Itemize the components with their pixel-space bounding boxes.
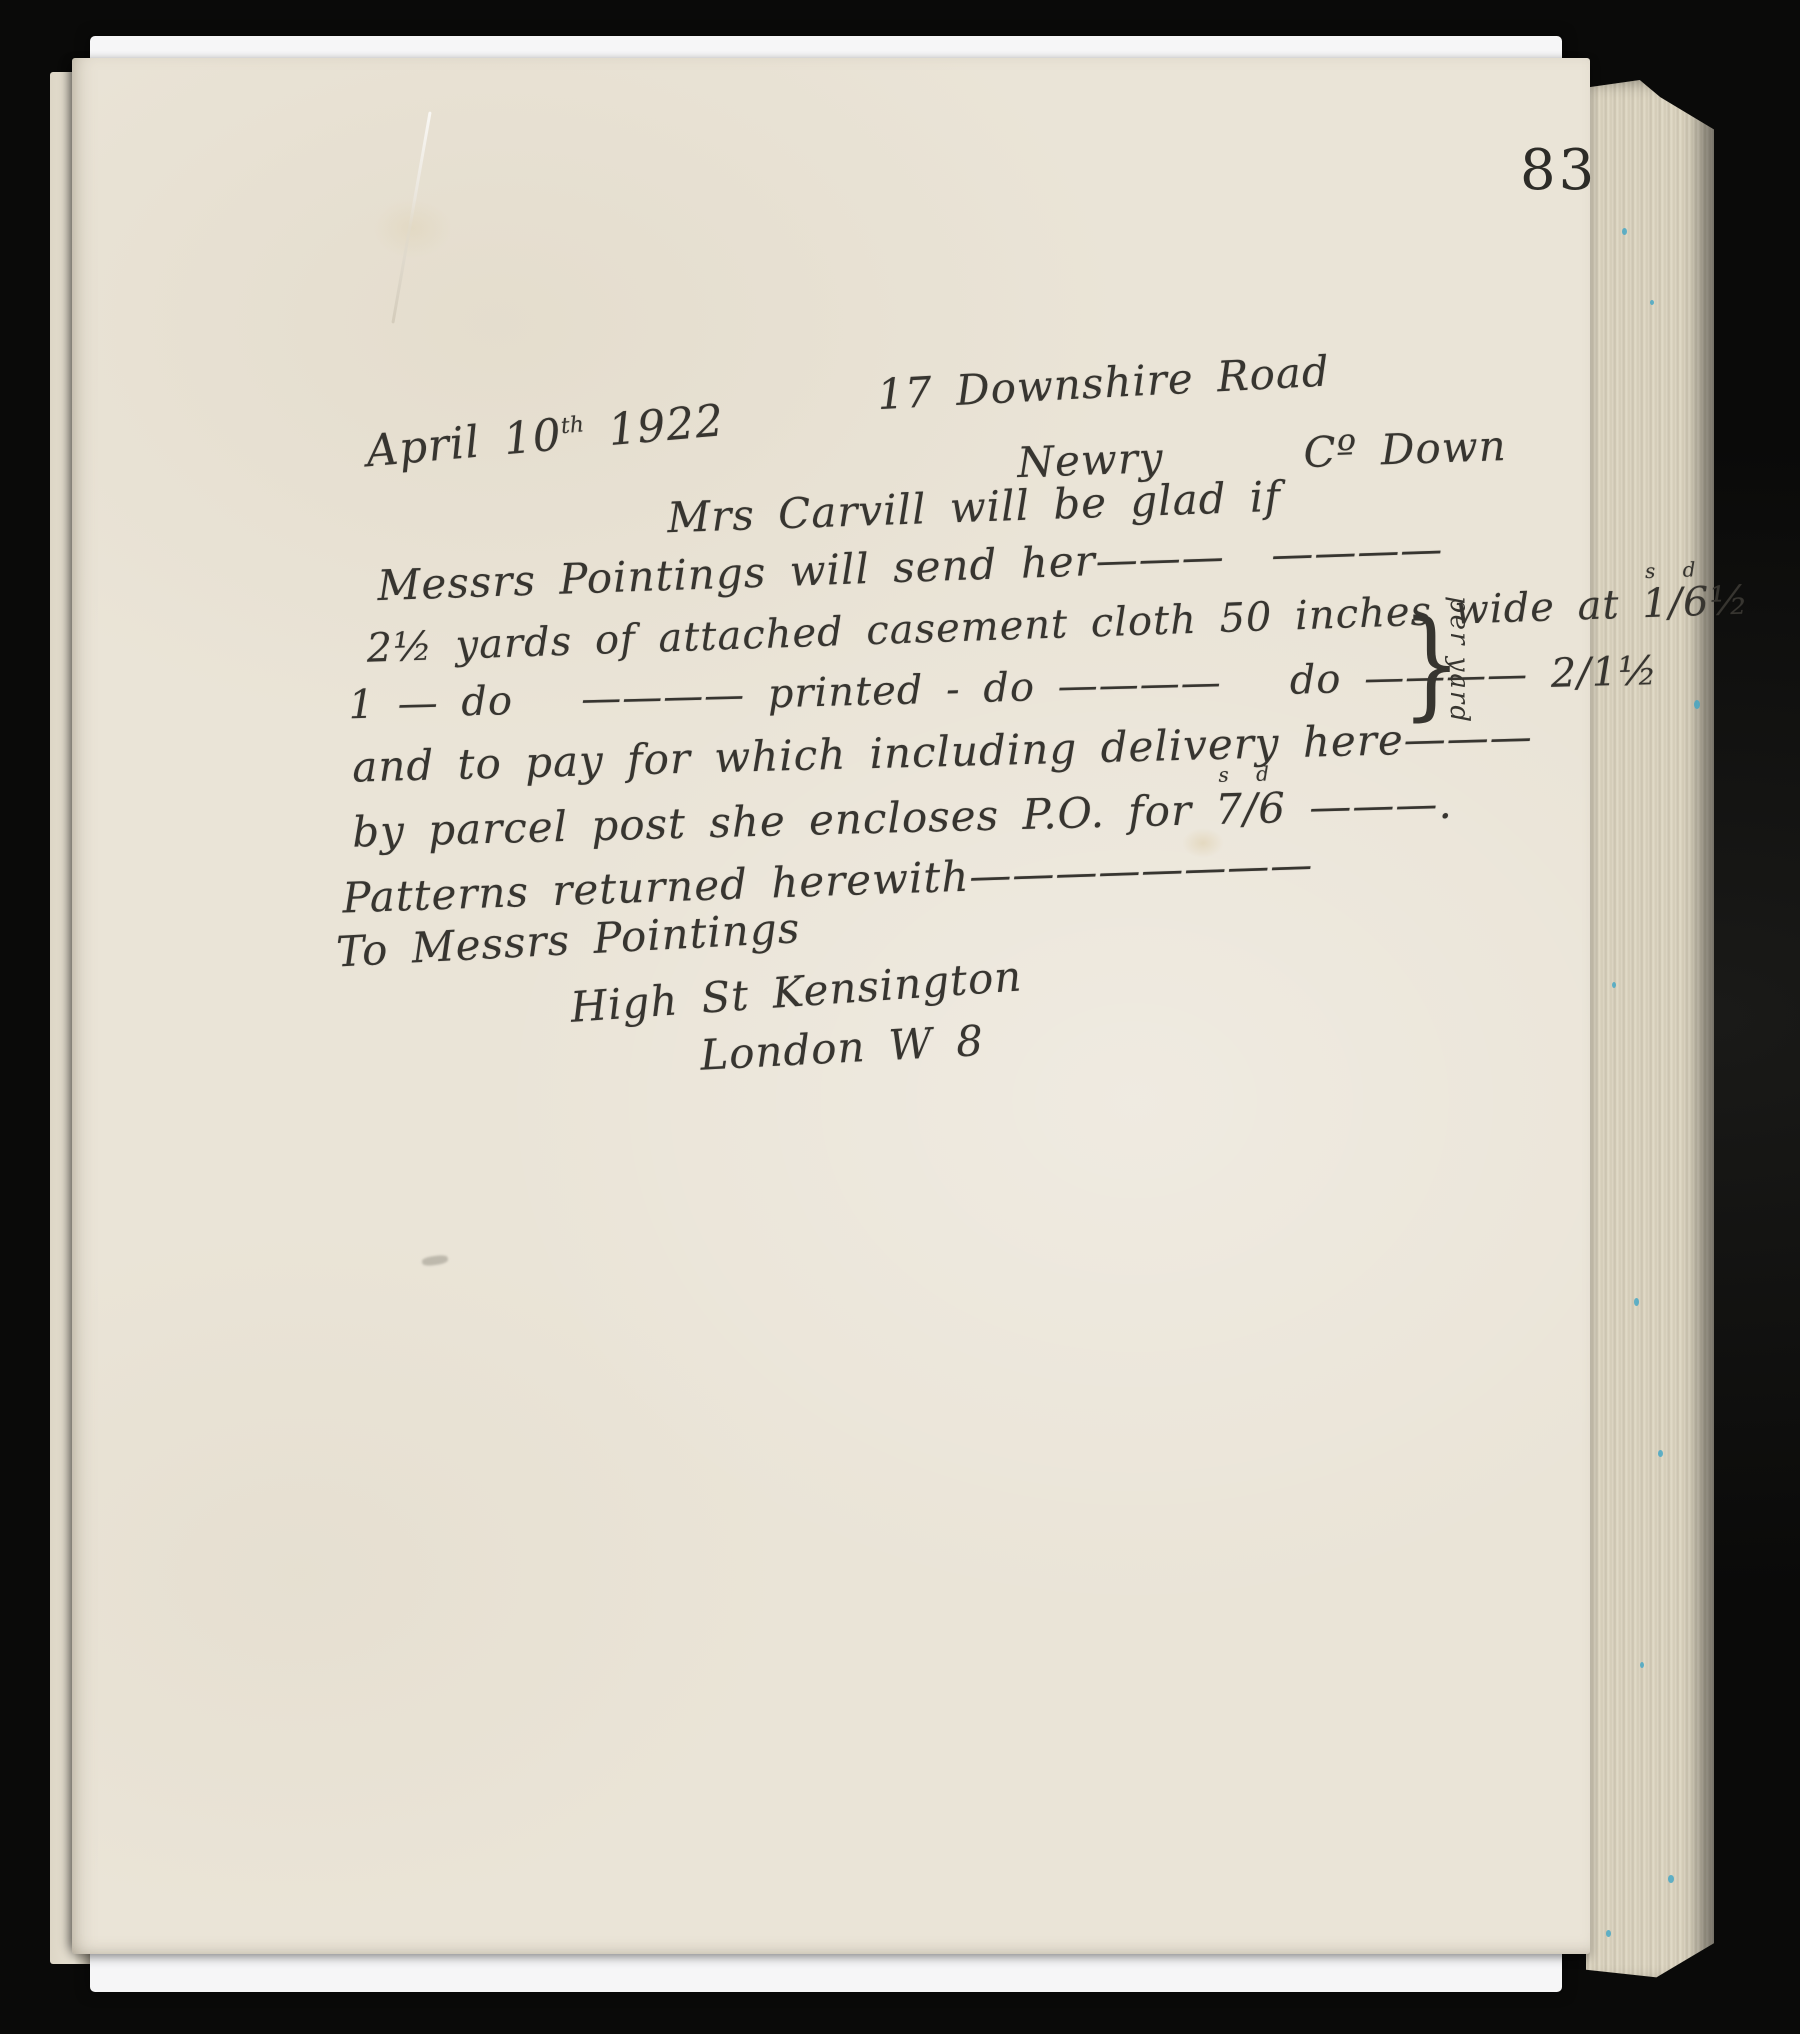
blue-speckle xyxy=(1606,1930,1611,1937)
item1-price: 1/6½ xyxy=(1641,577,1750,627)
date-superscript: th xyxy=(560,412,585,439)
blue-speckle xyxy=(1668,1875,1674,1883)
blue-speckle xyxy=(1658,1450,1663,1457)
blue-speckle xyxy=(1634,1298,1639,1306)
blue-speckle xyxy=(1650,300,1654,305)
recipient-address2-text: London W 8 xyxy=(699,1016,985,1080)
item1-price-group: s d1/6½ xyxy=(1641,577,1750,627)
book-scan-scene: 83 17 Downshire Road April 10th 1922 New… xyxy=(0,0,1800,2034)
page-number: 83 xyxy=(1520,138,1597,203)
item2-price: 2/1½ xyxy=(1550,648,1658,697)
blue-speckle xyxy=(1694,700,1700,709)
paper-stain xyxy=(372,198,452,258)
item1-currency-sup: s d xyxy=(1645,557,1702,583)
blue-speckle xyxy=(1622,228,1627,235)
ink-smudge xyxy=(422,1254,449,1267)
blue-speckle xyxy=(1612,982,1616,988)
blue-speckle xyxy=(1640,1662,1644,1668)
recipient-address-line2: London W 8 xyxy=(556,967,987,1136)
item2-price-group: 2/1½ xyxy=(1550,648,1658,697)
book-fore-edge xyxy=(1586,80,1714,1985)
post-currency-sup: s d xyxy=(1218,761,1275,786)
letter-page: 83 17 Downshire Road April 10th 1922 New… xyxy=(72,58,1590,1954)
